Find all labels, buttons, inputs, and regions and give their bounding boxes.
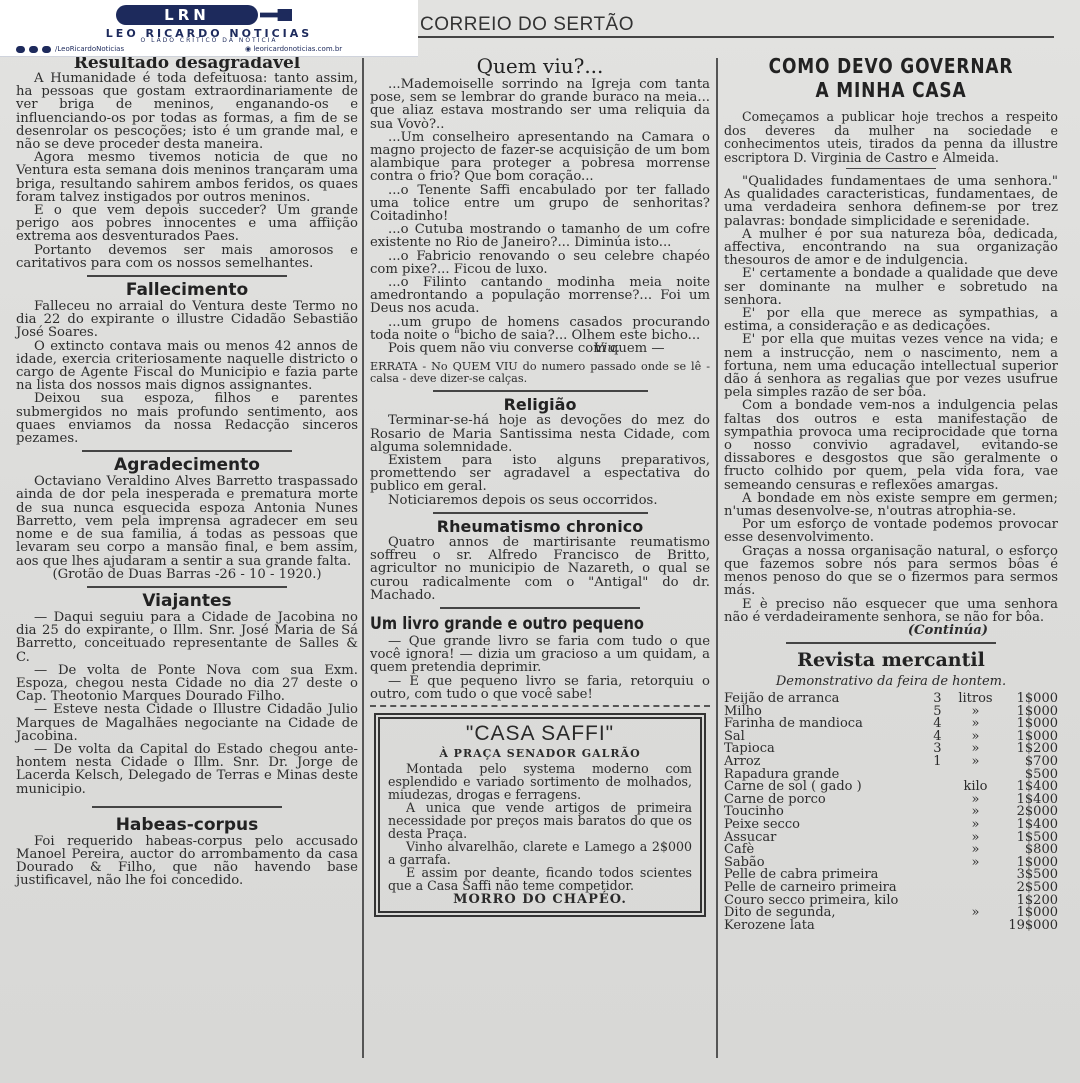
column-divider bbox=[716, 58, 718, 1058]
price-row: Feijão de arranca3litros1$000 bbox=[724, 693, 1058, 706]
paragraph: Falleceu no arraial do Ventura deste Ter… bbox=[16, 300, 358, 340]
social-handle: /LeoRicardoNoticias bbox=[55, 45, 124, 53]
paragraph: Por um esforço de vontade podemos provoc… bbox=[724, 518, 1058, 544]
item-unit bbox=[947, 920, 1003, 933]
website-text: leoricardonoticias.com.br bbox=[253, 45, 342, 53]
item-qty: 3 bbox=[915, 693, 947, 706]
ad-title: "CASA SAFFI" bbox=[388, 723, 692, 745]
camera-icon bbox=[260, 9, 292, 21]
column-3: COMO DEVO GOVERNAR A MINHA CASA Começamo… bbox=[724, 54, 1058, 932]
headline-um-livro: Um livro grande e outro pequeno bbox=[370, 613, 662, 635]
paragraph: Graças a nossa organisação natural, o es… bbox=[724, 545, 1058, 598]
headline-habeas-corpus: Habeas-corpus bbox=[16, 816, 358, 835]
price-table: Feijão de arranca3litros1$000Milho5»1$00… bbox=[724, 693, 1058, 932]
headline-como-devo: COMO DEVO GOVERNAR A MINHA CASA bbox=[749, 54, 1033, 102]
headline-religiao: Religião bbox=[370, 396, 710, 414]
price-row: Cafè»$800 bbox=[724, 844, 1058, 857]
item-unit: » bbox=[947, 857, 1003, 870]
paragraph: ...o Filinto cantando modinha meia noite… bbox=[370, 276, 710, 316]
item-qty bbox=[915, 882, 947, 895]
section-rule bbox=[87, 586, 287, 588]
article-um-livro: — Que grande livro se faria com tudo o q… bbox=[370, 635, 710, 701]
paragraph: "Qualidades fundamentaes de uma senhora.… bbox=[724, 175, 1058, 228]
paragraph: E' por ella que muitas vezes vence na vi… bbox=[724, 333, 1058, 399]
item-unit bbox=[947, 869, 1003, 882]
price-row: Tapioca3»1$200 bbox=[724, 743, 1058, 756]
price-row: Kerozene lata19$000 bbox=[724, 920, 1058, 933]
headline-fallecimento: Fallecimento bbox=[16, 281, 358, 300]
paragraph: Vinho alvarelhão, clarete e Lamego a 2$0… bbox=[388, 840, 692, 866]
ornament-rule bbox=[846, 168, 936, 169]
paragraph: ...Mademoiselle sorrindo na Igreja com t… bbox=[370, 78, 710, 131]
paragraph: Foi requerido habeas-corpus pelo accusad… bbox=[16, 835, 358, 888]
paragraph: — Esteve nesta Cidade o Illustre Cidadão… bbox=[16, 703, 358, 743]
paragraph: ...um grupo de homens casados procurando… bbox=[370, 316, 710, 342]
section-rule bbox=[433, 512, 648, 514]
instagram-icon bbox=[29, 46, 38, 53]
paragraph: ...o Cutuba mostrando o tamanho de um co… bbox=[370, 223, 710, 249]
section-rule bbox=[786, 642, 996, 644]
newspaper-page: LRN LEO RICARDO NOTICIAS O LADO CRÍTICO … bbox=[0, 0, 1080, 1083]
brand-tagline: O LADO CRÍTICO DA NOTÍCIA bbox=[0, 37, 418, 44]
paragraph: E' por ella que merece as sympathias, a … bbox=[724, 307, 1058, 333]
price-row: Assucar»1$500 bbox=[724, 832, 1058, 845]
item-unit bbox=[947, 882, 1003, 895]
paragraph: Com a bondade vem-nos a indulgencia pela… bbox=[724, 399, 1058, 491]
masthead-title: CORREIO DO SERTÃO bbox=[420, 14, 634, 36]
item-qty: 4 bbox=[915, 718, 947, 731]
dashed-rule bbox=[370, 705, 710, 707]
item-qty bbox=[915, 781, 947, 794]
logo-text: LRN bbox=[116, 5, 258, 25]
article-religiao: Terminar-se-há hoje as devoções do mez d… bbox=[370, 414, 710, 506]
paragraph: E o que vem depois succeder? Um grande p… bbox=[16, 204, 358, 244]
paragraph: E è preciso não esquecer que uma senhora… bbox=[724, 598, 1058, 624]
item-qty bbox=[915, 819, 947, 832]
column-divider bbox=[362, 58, 364, 1058]
item-qty bbox=[915, 869, 947, 882]
item-qty bbox=[915, 769, 947, 782]
headline-agradecimento: Agradecimento bbox=[16, 456, 358, 475]
paragraph: A unica que vende artigos de primeira ne… bbox=[388, 801, 692, 840]
errata: ERRATA - No QUEM VIU do numero passado o… bbox=[370, 361, 710, 385]
item-unit: » bbox=[947, 907, 1003, 920]
price-row: Farinha de mandioca4»1$000 bbox=[724, 718, 1058, 731]
headline-rheumatismo: Rheumatismo chronico bbox=[370, 518, 710, 536]
item-qty bbox=[915, 844, 947, 857]
item-qty: 4 bbox=[915, 731, 947, 744]
paragraph: Montada pelo systema moderno com esplend… bbox=[388, 762, 692, 801]
section-rule bbox=[82, 450, 292, 452]
globe-icon: ◉ bbox=[245, 45, 251, 53]
item-qty: 3 bbox=[915, 743, 947, 756]
paragraph: A mulher é por sua natureza bôa, dedicad… bbox=[724, 228, 1058, 268]
headline-viajantes: Viajantes bbox=[16, 592, 358, 611]
ad-footer: MORRO DO CHAPÉO. bbox=[388, 892, 692, 907]
item-unit: » bbox=[947, 756, 1003, 769]
revista-subtitle: Demonstrativo da feira de hontem. bbox=[724, 674, 1058, 689]
paragraph: Começamos a publicar hoje trechos a resp… bbox=[724, 110, 1058, 164]
paragraph: Existem para isto alguns preparativos, p… bbox=[370, 454, 710, 494]
paragraph: Noticiaremos depois os seus occorridos. bbox=[370, 494, 710, 507]
article-fallecimento: Falleceu no arraial do Ventura deste Ter… bbox=[16, 300, 358, 445]
paragraph: — De volta de Ponte Nova com sua Exm. Es… bbox=[16, 664, 358, 704]
watermark-banner: LRN LEO RICARDO NOTICIAS O LADO CRÍTICO … bbox=[0, 0, 418, 57]
section-rule bbox=[92, 806, 282, 808]
column-1: Resultado desagradavel A Humanidade é to… bbox=[16, 54, 358, 888]
ad-body: Montada pelo systema moderno com esplend… bbox=[388, 762, 692, 892]
continua-note: (Continúa) bbox=[724, 624, 1058, 637]
paragraph: E assim por deante, ficando todos scient… bbox=[388, 866, 692, 892]
paragraph: — De volta da Capital do Estado chegou a… bbox=[16, 743, 358, 796]
section-rule bbox=[433, 390, 648, 392]
item-qty bbox=[915, 832, 947, 845]
paragraph: Terminar-se-há hoje as devoções do mez d… bbox=[370, 414, 710, 454]
paragraph: Portanto devemos ser mais amorosos e car… bbox=[16, 244, 358, 270]
article-habeas-corpus: Foi requerido habeas-corpus pelo accusad… bbox=[16, 835, 358, 888]
item-qty bbox=[915, 895, 947, 908]
signature: (Grotão de Duas Barras -26 - 10 - 1920.) bbox=[16, 568, 358, 581]
paragraph: A bondade em nòs existe sempre em germen… bbox=[724, 492, 1058, 518]
section-rule bbox=[440, 607, 640, 609]
social-links: /LeoRicardoNoticias bbox=[16, 45, 124, 53]
article-rheumatismo: Quatro annos de martirisante reumatismo … bbox=[370, 536, 710, 602]
paragraph: ...o Tenente Saffi encabulado por ter fa… bbox=[370, 184, 710, 224]
item-name: Kerozene lata bbox=[724, 920, 915, 933]
article-viajantes: — Daqui seguiu para a Cidade de Jacobina… bbox=[16, 611, 358, 796]
paragraph: Agora mesmo tivemos noticia de que no Ve… bbox=[16, 151, 358, 204]
section-rule bbox=[87, 275, 287, 277]
headline-quem-viu: Quem viu?... bbox=[370, 54, 710, 78]
headline-revista-mercantil: Revista mercantil bbox=[724, 648, 1058, 672]
paragraph: ...o Fabricio renovando o seu celebre ch… bbox=[370, 250, 710, 276]
casa-saffi-ad: "CASA SAFFI" À PRAÇA SENADOR GALRÃO Mont… bbox=[374, 713, 706, 917]
item-qty: 5 bbox=[915, 706, 947, 719]
item-price: 19$000 bbox=[1003, 920, 1058, 933]
lrn-logo: LRN bbox=[116, 5, 292, 25]
paragraph: Quatro annos de martirisante reumatismo … bbox=[370, 536, 710, 602]
paragraph: A Humanidade é toda defeituosa: tanto as… bbox=[16, 72, 358, 151]
paragraph: O extincto contava mais ou menos 42 anno… bbox=[16, 340, 358, 393]
ad-subtitle: À PRAÇA SENADOR GALRÃO bbox=[388, 747, 692, 760]
item-qty bbox=[915, 857, 947, 870]
article-resultado: A Humanidade é toda defeituosa: tanto as… bbox=[16, 72, 358, 270]
website-link: ◉ leoricardonoticias.com.br bbox=[245, 45, 342, 53]
article-como-devo: "Qualidades fundamentaes de uma senhora.… bbox=[724, 175, 1058, 637]
paragraph: E' certamente a bondade a qualidade que … bbox=[724, 267, 1058, 307]
item-qty bbox=[915, 907, 947, 920]
paragraph: — Daqui seguiu para a Cidade de Jacobina… bbox=[16, 611, 358, 664]
youtube-icon bbox=[42, 46, 51, 53]
article-intro: Começamos a publicar hoje trechos a resp… bbox=[724, 110, 1058, 164]
column-2: Quem viu?... ...Mademoiselle sorrindo na… bbox=[370, 54, 710, 917]
item-qty bbox=[915, 920, 947, 933]
facebook-icon bbox=[16, 46, 25, 53]
article-quem-viu: ...Mademoiselle sorrindo na Igreja com t… bbox=[370, 78, 710, 385]
paragraph: ...Um conselheiro apresentando na Camara… bbox=[370, 131, 710, 184]
item-qty: 1 bbox=[915, 756, 947, 769]
paragraph: Octaviano Veraldino Alves Barretto trasp… bbox=[16, 475, 358, 567]
paragraph: Pois quem não viu converse com quem — bbox=[370, 342, 710, 355]
paragraph: Deixou sua espoza, filhos e parentes sub… bbox=[16, 392, 358, 445]
item-name: Farinha de mandioca bbox=[724, 718, 915, 731]
paragraph: — E que pequeno livro se faria, retorqui… bbox=[370, 675, 710, 701]
item-qty bbox=[915, 794, 947, 807]
item-qty bbox=[915, 806, 947, 819]
article-agradecimento: Octaviano Veraldino Alves Barretto trasp… bbox=[16, 475, 358, 581]
paragraph: — Que grande livro se faria com tudo o q… bbox=[370, 635, 710, 675]
